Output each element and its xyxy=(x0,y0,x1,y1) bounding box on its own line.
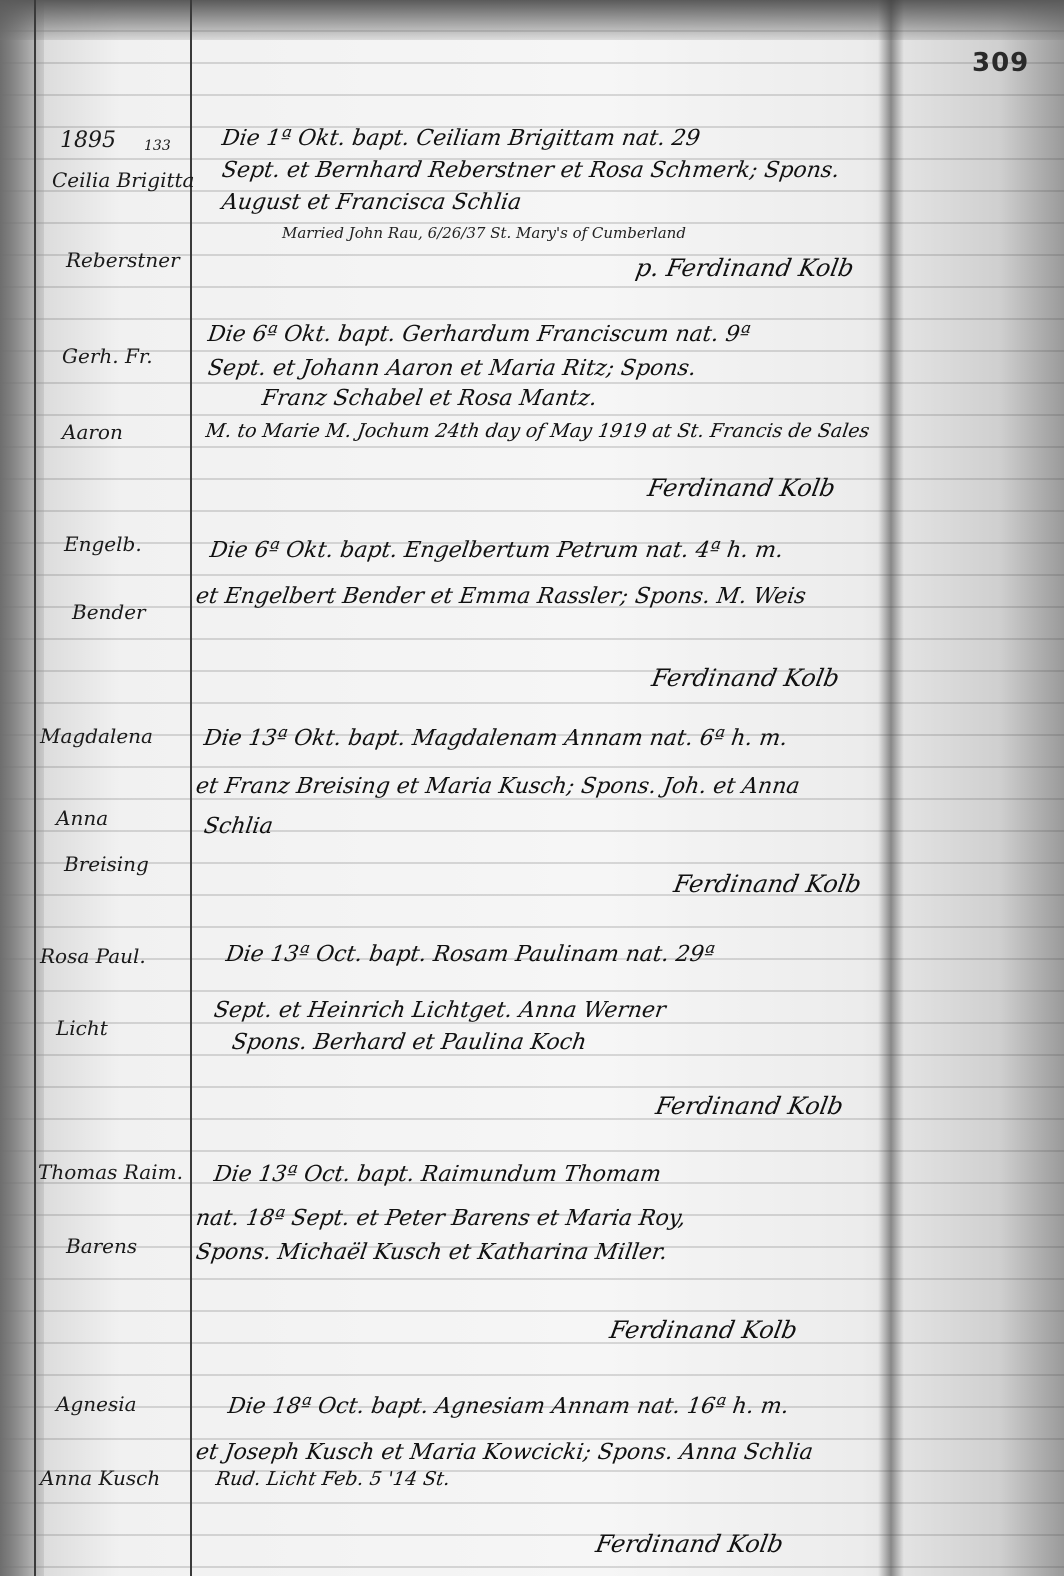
priest-signature: Ferdinand Kolb xyxy=(672,870,864,898)
margin-surname: Aaron xyxy=(62,420,123,444)
margin-name: Gerh. Fr. xyxy=(62,344,153,368)
entry-line: Die 13ª Okt. bapt. Magdalenam Annam nat.… xyxy=(202,726,789,751)
entry-line: et Joseph Kusch et Maria Kowcicki; Spons… xyxy=(194,1440,814,1465)
priest-signature: Ferdinand Kolb xyxy=(650,664,842,692)
entry-line: et Engelbert Bender et Emma Rassler; Spo… xyxy=(194,584,807,609)
margin-name: Magdalena xyxy=(40,724,153,748)
priest-signature: Ferdinand Kolb xyxy=(608,1316,800,1344)
entry-line: Franz Schabel et Rosa Mantz. xyxy=(260,386,598,411)
priest-signature: Ferdinand Kolb xyxy=(654,1092,846,1120)
entry-line: Die 13ª Oct. bapt. Rosam Paulinam nat. 2… xyxy=(224,942,716,967)
marriage-annotation: Married John Rau, 6/26/37 St. Mary's of … xyxy=(282,224,686,242)
margin-name: Rosa Paul. xyxy=(40,944,146,968)
margin-surname: Anna Kusch xyxy=(40,1466,160,1490)
entry-line: Sept. et Bernhard Reberstner et Rosa Sch… xyxy=(220,158,841,183)
entry-line: Spons. Michaël Kusch et Katharina Miller… xyxy=(194,1240,669,1265)
margin-surname: Licht xyxy=(56,1016,108,1040)
margin-surname: Barens xyxy=(66,1234,137,1258)
register-year: 1895 xyxy=(60,128,116,153)
margin-surname: Bender xyxy=(72,600,146,624)
entry-line: et Franz Breising et Maria Kusch; Spons.… xyxy=(194,774,801,799)
entry-line: nat. 18ª Sept. et Peter Barens et Maria … xyxy=(194,1206,687,1231)
page-top-shadow xyxy=(0,0,1064,40)
entry-line: Die 6ª Okt. bapt. Engelbertum Petrum nat… xyxy=(208,538,785,563)
margin-rule-inner xyxy=(190,0,192,1576)
entry-line: Sept. et Heinrich Lichtget. Anna Werner xyxy=(212,998,667,1023)
entry-line: Die 1ª Okt. bapt. Ceiliam Brigittam nat.… xyxy=(220,126,701,151)
page-fold-shadow xyxy=(878,0,904,1576)
page-left-edge-shadow xyxy=(0,0,44,1576)
entry-line: Die 18ª Oct. bapt. Agnesiam Annam nat. 1… xyxy=(226,1394,790,1419)
entry-line: Spons. Berhard et Paulina Koch xyxy=(230,1030,588,1055)
priest-signature: p. Ferdinand Kolb xyxy=(634,254,857,282)
margin-name-2: Anna xyxy=(56,806,108,830)
entry-line: Die 6ª Okt. bapt. Gerhardum Franciscum n… xyxy=(206,322,752,347)
register-page: 309 1895 133 Ceilia Brigitta Reberstner … xyxy=(0,0,1064,1576)
margin-name: Agnesia xyxy=(56,1392,137,1416)
entry-line: Sept. et Johann Aaron et Maria Ritz; Spo… xyxy=(206,356,697,381)
death-annotation: Rud. Licht Feb. 5 '14 St. xyxy=(214,1468,451,1490)
margin-name: Ceilia Brigitta xyxy=(52,168,194,192)
entry-line: Die 13ª Oct. bapt. Raimundum Thomam xyxy=(212,1162,662,1187)
marriage-annotation: M. to Marie M. Jochum 24th day of May 19… xyxy=(204,420,870,442)
margin-name: Engelb. xyxy=(64,532,142,556)
margin-surname: Reberstner xyxy=(66,248,180,272)
entry-number: 133 xyxy=(144,138,171,154)
page-number: 309 xyxy=(972,48,1029,78)
entry-line: August et Francisca Schlia xyxy=(220,190,523,215)
entry-line: Schlia xyxy=(202,814,274,839)
priest-signature: Ferdinand Kolb xyxy=(646,474,838,502)
margin-surname: Breising xyxy=(64,852,149,876)
margin-rule-outer xyxy=(34,0,36,1576)
margin-name: Thomas Raim. xyxy=(38,1160,183,1184)
priest-signature: Ferdinand Kolb xyxy=(594,1530,786,1558)
